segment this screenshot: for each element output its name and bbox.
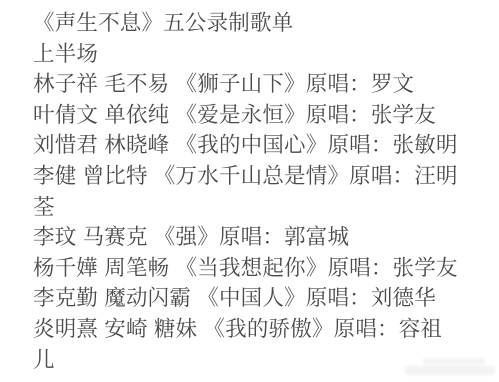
song-line-8-wrap: 儿 bbox=[33, 345, 481, 376]
song-line-2: 叶倩文 单依纯 《爱是永恒》原唱：张学友 bbox=[33, 100, 481, 131]
song-line-1: 林子祥 毛不易 《狮子山下》原唱：罗文 bbox=[33, 69, 481, 100]
song-line-7: 李克勤 魔动闪霸 《中国人》原唱：刘德华 bbox=[33, 283, 481, 314]
song-line-5: 李玟 马赛克 《强》原唱：郭富城 bbox=[33, 222, 481, 253]
song-line-4-wrap: 荃 bbox=[33, 192, 481, 223]
song-line-8: 炎明熹 安崎 糖妹 《我的骄傲》原唱：容祖 bbox=[33, 314, 481, 345]
page-title: 《声生不息》五公录制歌单 bbox=[33, 8, 481, 39]
section-heading: 上半场 bbox=[33, 39, 481, 70]
song-line-3: 刘惜君 林晓峰 《我的中国心》原唱：张敏明 bbox=[33, 130, 481, 161]
song-list-document: 《声生不息》五公录制歌单 上半场 林子祥 毛不易 《狮子山下》原唱：罗文 叶倩文… bbox=[0, 0, 499, 375]
song-line-6: 杨千嬅 周笔畅 《当我想起你》原唱：张学友 bbox=[33, 253, 481, 284]
song-line-4: 李健 曾比特 《万水千山总是情》原唱：汪明 bbox=[33, 161, 481, 192]
